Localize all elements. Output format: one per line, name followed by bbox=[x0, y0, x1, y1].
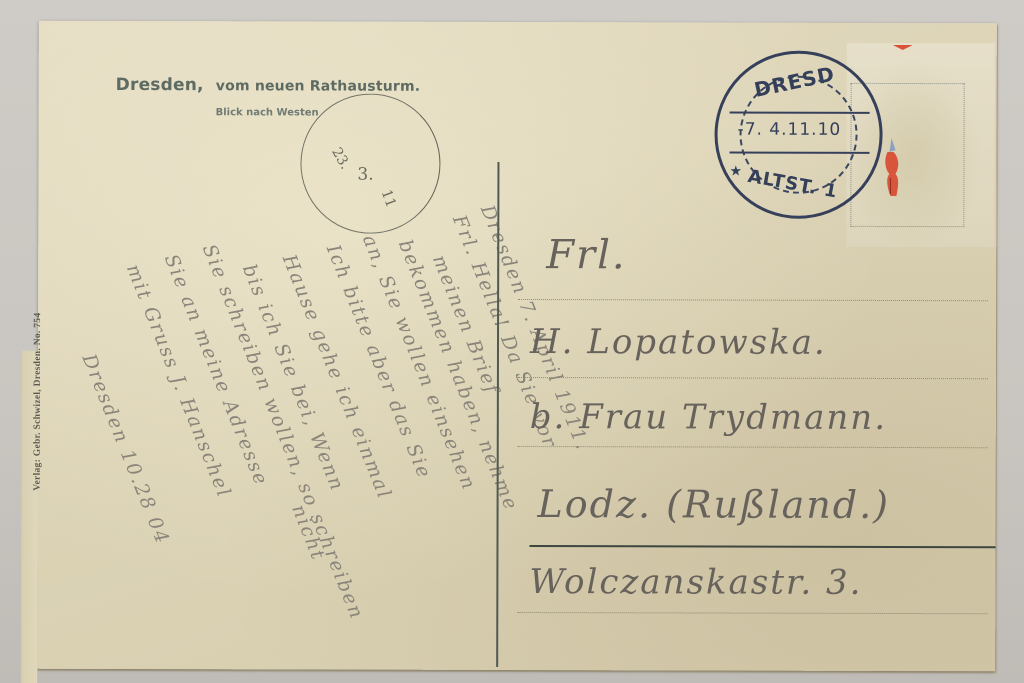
postcard: Dresden, vom neuen Rathausturm. Blick na… bbox=[37, 21, 997, 672]
postmark-bar bbox=[730, 152, 870, 154]
stamp-remnant-icon bbox=[881, 138, 903, 198]
printed-subtitle: Blick nach Westen bbox=[216, 107, 319, 118]
publisher-imprint: Verlag: Gebr. Schwizel, Dresden. No. 754 bbox=[33, 91, 44, 491]
address-rule bbox=[517, 612, 987, 614]
printed-title: Dresden, vom neuen Rathausturm. bbox=[116, 75, 421, 96]
message-line: Dresden 10.28 04 bbox=[78, 351, 174, 548]
address-rule-solid bbox=[529, 545, 995, 548]
address-line-2: H. Lopatowska. bbox=[530, 322, 827, 363]
postmark-date: -7. 4.11.10 bbox=[738, 120, 842, 140]
postmark-star-icon: ★ bbox=[729, 164, 743, 180]
sender-postmark: DRESD -7. 4.11.10 ★ ALTST. 1 bbox=[714, 51, 882, 219]
handwritten-message: Dresden 7. April 1911. Frl. Hella! Da Si… bbox=[107, 141, 508, 662]
address-line-5: Wolczanskastr. 3. bbox=[529, 562, 862, 603]
address-line-4: Lodz. (Rußland.) bbox=[538, 482, 891, 527]
title-city: Dresden, bbox=[116, 75, 204, 95]
title-rest: vom neuen Rathausturm. bbox=[216, 78, 421, 95]
address-rule bbox=[518, 377, 988, 379]
address-rule bbox=[518, 299, 988, 301]
address-line-3: b. Frau Trydmann. bbox=[530, 397, 887, 438]
postmark-bar bbox=[730, 112, 870, 114]
address-line-1: Frl. bbox=[546, 232, 627, 278]
